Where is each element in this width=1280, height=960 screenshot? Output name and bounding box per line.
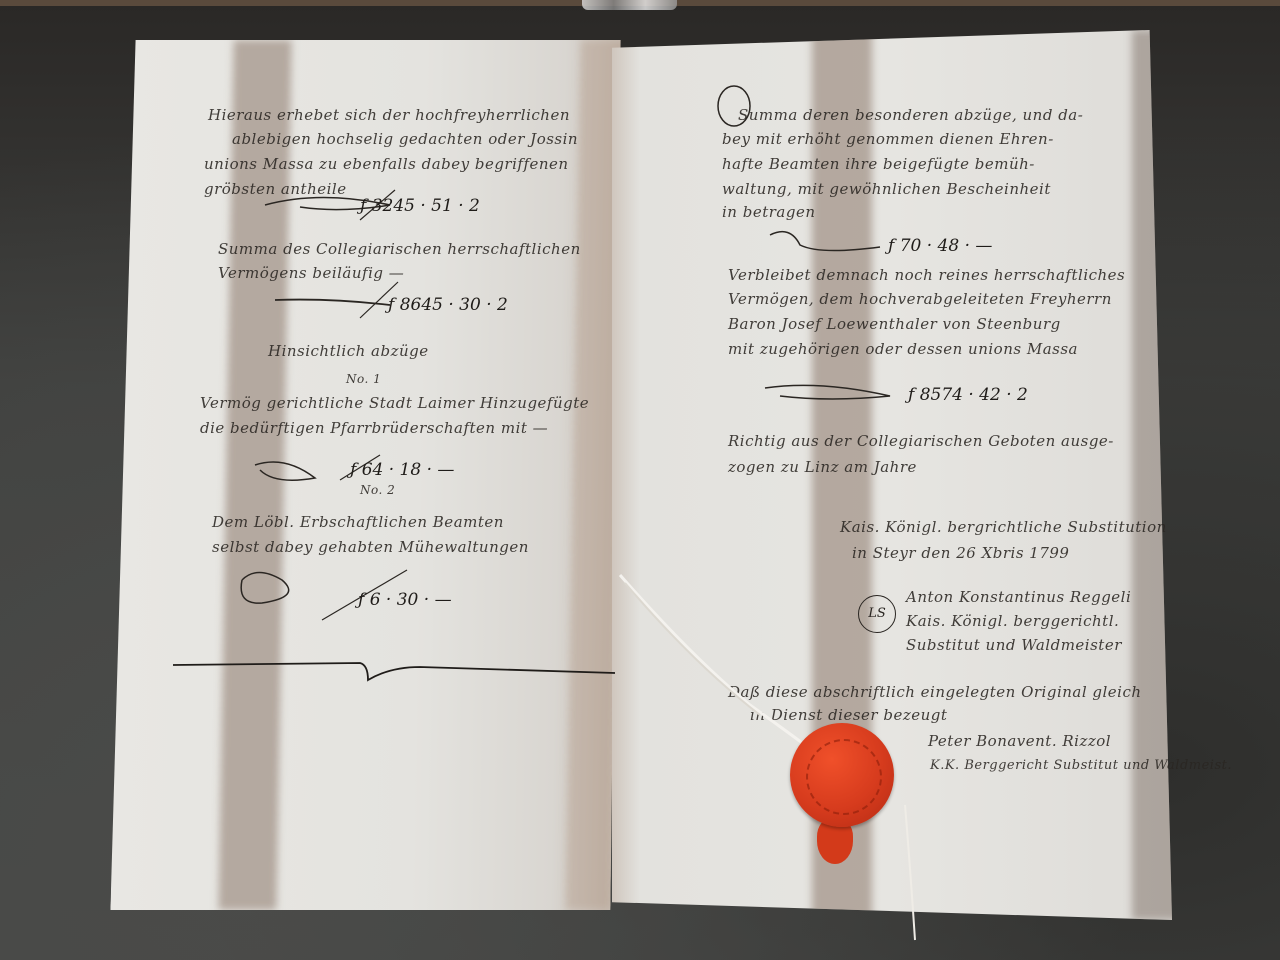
signature-line: Substitut und Waldmeister	[906, 636, 1122, 654]
item-number: No. 1	[346, 372, 381, 386]
flourish-icon	[270, 280, 400, 320]
signature-line: Kais. Königl. berggerichtl.	[906, 612, 1119, 630]
text-line: waltung, mit gewöhnlichen Bescheinheit	[722, 180, 1051, 198]
flourish-icon	[760, 378, 900, 408]
text-line: Dem Löbl. Erbschaftlichen Beamten	[212, 513, 504, 531]
amount: ƒ 6 · 30 · —	[358, 590, 452, 610]
amount: ƒ 3245 · 51 · 2	[360, 196, 480, 216]
closing-rule-icon	[170, 655, 620, 695]
text-line: Summa des Collegiarischen herrschaftlich…	[218, 240, 581, 258]
text-line: Richtig aus der Collegiarischen Geboten …	[728, 432, 1114, 450]
flourish-icon	[760, 225, 890, 265]
text-line: ablebigen hochselig gedachten oder Jossi…	[232, 130, 578, 148]
text-line: Baron Josef Loewenthaler von Steenburg	[728, 315, 1061, 333]
date-line: in Steyr den 26 Xbris 1799	[852, 544, 1069, 562]
text-line: mit zugehörigen oder dessen unions Massa	[728, 340, 1078, 358]
place-line: Kais. Königl. bergrichtliche Substitutio…	[840, 518, 1167, 536]
amount: ƒ 70 · 48 · —	[888, 236, 992, 256]
text-line: die bedürftigen Pfarrbrüderschaften mit …	[200, 419, 548, 437]
amount: ƒ 8574 · 42 · 2	[908, 385, 1028, 405]
item-number: No. 2	[360, 483, 395, 497]
text-line: Summa deren besonderen abzüge, und da-	[738, 106, 1083, 124]
attestation-signature: Peter Bonavent. Rizzol	[928, 732, 1111, 750]
text-line: Verbleibet demnach noch reines herrschaf…	[728, 266, 1125, 284]
amount: ƒ 64 · 18 · —	[350, 460, 454, 480]
text-line: Vermög gerichtliche Stadt Laimer Hinzuge…	[200, 394, 589, 412]
text-line: zogen zu Linz am Jahre	[728, 458, 917, 476]
seal-crest-icon	[806, 739, 882, 815]
wax-seal	[790, 723, 894, 827]
section-heading: Hinsichtlich abzüge	[268, 342, 429, 360]
attestation-signature: K.K. Berggericht Substitut und Waldmeist…	[930, 758, 1232, 773]
text-line: bey mit erhöht genommen dienen Ehren-	[722, 130, 1054, 148]
text-line: in betragen	[722, 203, 816, 221]
text-line: unions Massa zu ebenfalls dabey begriffe…	[204, 155, 569, 173]
text-line: Hieraus erhebet sich der hochfreyherrlic…	[208, 106, 570, 124]
text-line: Vermögen, dem hochverabgeleiteten Freyhe…	[728, 290, 1112, 308]
shadow-band	[1132, 30, 1192, 920]
cloth-scrap	[582, 0, 677, 10]
text-line: hafte Beamten ihre beigefügte bemüh-	[722, 155, 1035, 173]
signature-line: Anton Konstantinus Reggeli	[906, 588, 1131, 606]
text-line: selbst dabey gehabten Mühewaltungen	[212, 538, 529, 556]
amount: ƒ 8645 · 30 · 2	[388, 295, 508, 315]
